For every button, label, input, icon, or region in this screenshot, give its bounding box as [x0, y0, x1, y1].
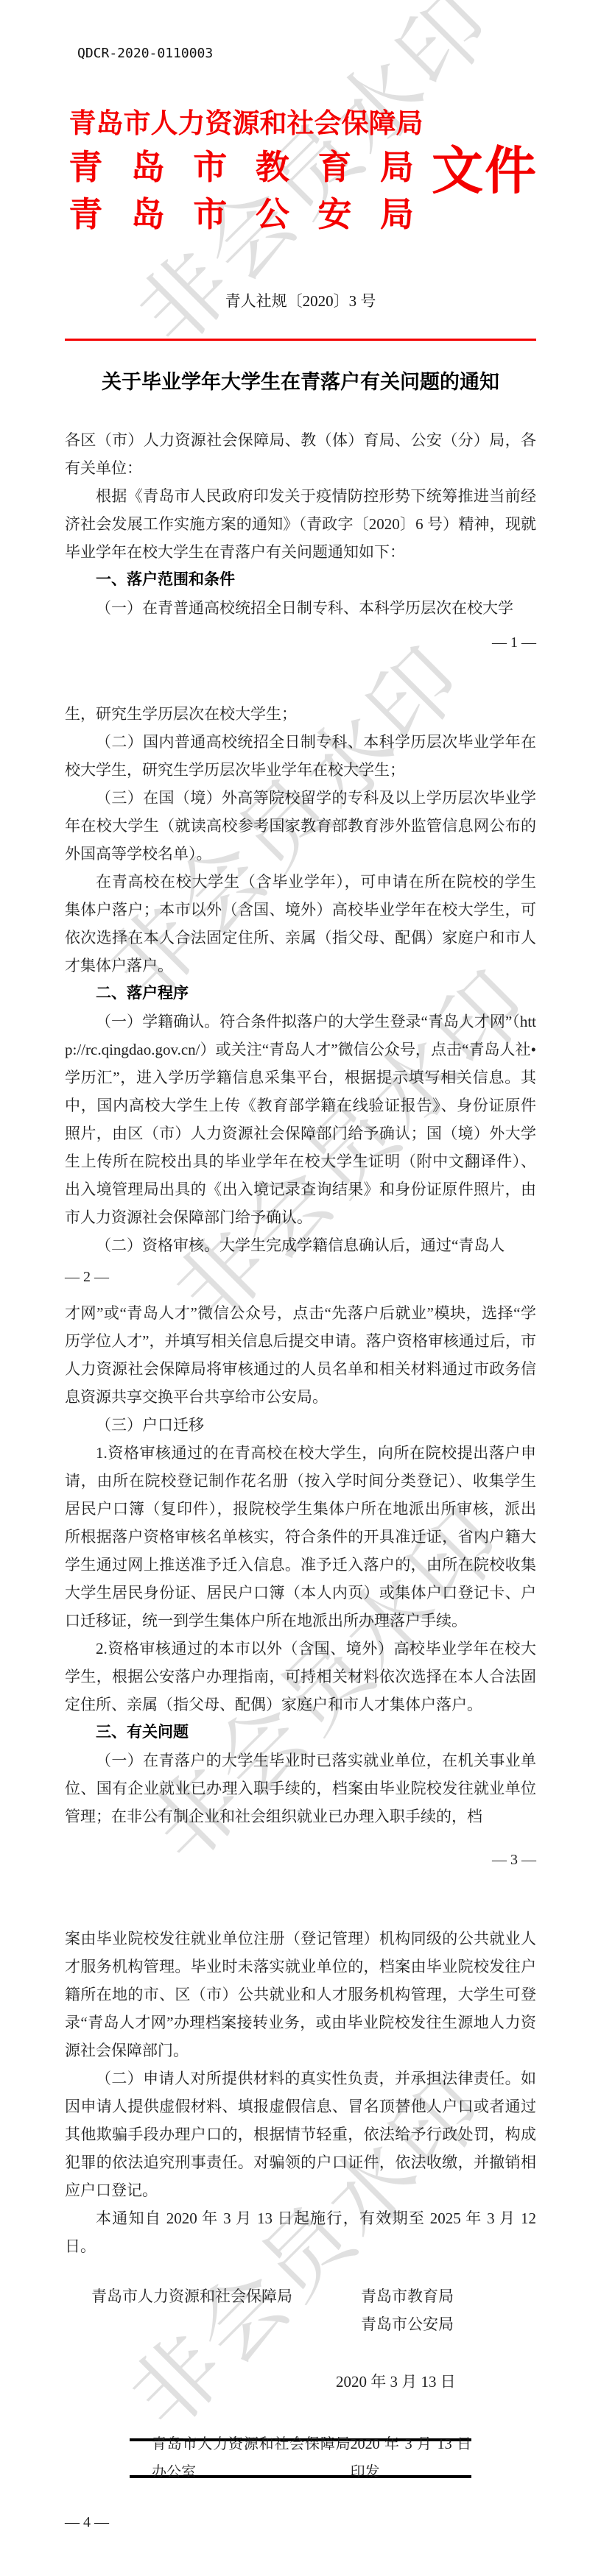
paragraph: 在青高校在校大学生（含毕业学年），可申请在所在院校的学生集体户落户；本市以外（含…: [65, 868, 536, 980]
page-4-body: 案由毕业院校发往就业单位注册（登记管理）机构同级的公共就业人才服务机构管理。毕业…: [65, 1925, 536, 2533]
page-number: — 1 —: [65, 632, 536, 653]
issuer-signature-public-security: 青岛市公安局: [65, 2310, 536, 2338]
section-heading: 一、落户范围和条件: [65, 566, 536, 594]
page-number: — 4 —: [65, 2512, 536, 2533]
paragraph: 根据《青岛市人民政府印发关于疫情防控形势下统筹推进当前经济社会发展工作实施方案的…: [65, 482, 536, 566]
section-heading: 三、有关问题: [65, 1719, 536, 1747]
file-suffix-label: 文件: [432, 145, 538, 197]
agency-name-education: 青 岛 市 教 育 局: [65, 143, 427, 191]
issuer-signature-row: 青岛市人力资源和社会保障局 青岛市教育局: [65, 2282, 536, 2310]
letterhead: 青岛市人力资源和社会保障局 青 岛 市 教 育 局 青 岛 市 公 安 局 文件: [0, 105, 601, 237]
issuer-signature-hrss: 青岛市人力资源和社会保障局: [65, 2282, 292, 2310]
issue-date: 2020 年 3 月 13 日: [65, 2368, 536, 2396]
page-number: — 3 —: [65, 1850, 536, 1870]
doc-title: 关于毕业学年大学生在青落户有关问题的通知: [0, 367, 601, 397]
paragraph: （一）在青落户的大学生毕业时已落实就业单位，在机关事业单位、国有企业就业已办理入…: [65, 1747, 536, 1830]
paragraph: （二）资格审核。大学生完成学籍信息确认后，通过“青岛人: [65, 1231, 536, 1259]
paragraph: 本通知自 2020 年 3 月 13 日起施行，有效期至 2025 年 3 月 …: [65, 2204, 536, 2260]
page-1-body: 各区（市）人力资源社会保障局、教（体）育局、公安（分）局，各有关单位： 根据《青…: [65, 426, 536, 2533]
agency-name-hrss: 青岛市人力资源和社会保障局: [65, 105, 427, 143]
colophon-office: 青岛市人力资源和社会保障局办公室: [130, 2430, 351, 2486]
paragraph: 1.资格审核通过的在青高校在校大学生，向所在院校提出落户申请，由所在院校登记制作…: [65, 1439, 536, 1635]
colophon-print-date: 2020 年 3 月 13 日印发: [351, 2430, 471, 2486]
paragraph: （一）学籍确认。符合条件拟落户的大学生登录“青岛人才网”（http://rc.q…: [65, 1008, 536, 1231]
red-divider: [65, 339, 536, 341]
paragraph: 各区（市）人力资源社会保障局、教（体）育局、公安（分）局，各有关单位：: [65, 426, 536, 482]
paragraph: （一）在青普通高校统招全日制专科、本科学历层次在校大学: [65, 594, 536, 622]
paragraph: 2.资格审核通过的本市以外（含国、境外）高校毕业学年在校大学生，根据公安落户办理…: [65, 1635, 536, 1719]
paragraph: （三）在国（境）外高等院校留学的专科及以上学历层次毕业学年在校大学生（就读高校参…: [65, 784, 536, 868]
colophon-box: 青岛市人力资源和社会保障局办公室 2020 年 3 月 13 日印发: [130, 2438, 471, 2478]
page-2-body: 生，研究生学历层次在校大学生； （二）国内普通高校统招全日制专科、本科学历层次毕…: [65, 700, 536, 1287]
paragraph: （三）户口迁移: [65, 1411, 536, 1439]
letterhead-agencies: 青岛市人力资源和社会保障局 青 岛 市 教 育 局 青 岛 市 公 安 局: [65, 105, 427, 237]
paragraph: 才网”或“青岛人才”微信公众号，点击“先落户后就业”模块，选择“学历学位人才”，…: [65, 1299, 536, 1411]
document-page: 非会员水印 非会员水印 非会员水印 非会员水印 非会员水印 QDCR-2020-…: [0, 0, 601, 2576]
document-content: QDCR-2020-0110003 青岛市人力资源和社会保障局 青 岛 市 教 …: [0, 0, 601, 2533]
page-3-body: 才网”或“青岛人才”微信公众号，点击“先落户后就业”模块，选择“学历学位人才”，…: [65, 1299, 536, 1870]
doc-number: 青人社规〔2020〕3 号: [0, 290, 601, 312]
issuer-signature-education: 青岛市教育局: [361, 2282, 454, 2310]
paragraph: （二）申请人对所提供材料的真实性负责，并承担法律责任。如因申请人提供虚假材料、填…: [65, 2064, 536, 2204]
paragraph: （二）国内普通高校统招全日制专科、本科学历层次毕业学年在校大学生，研究生学历层次…: [65, 728, 536, 784]
agency-name-public-security: 青 岛 市 公 安 局: [65, 191, 427, 237]
paragraph: 案由毕业院校发往就业单位注册（登记管理）机构同级的公共就业人才服务机构管理。毕业…: [65, 1925, 536, 2064]
section-heading: 二、落户程序: [65, 980, 536, 1008]
paragraph: 生，研究生学历层次在校大学生；: [65, 700, 536, 728]
page-number: — 2 —: [65, 1267, 536, 1287]
doc-code: QDCR-2020-0110003: [0, 0, 601, 63]
